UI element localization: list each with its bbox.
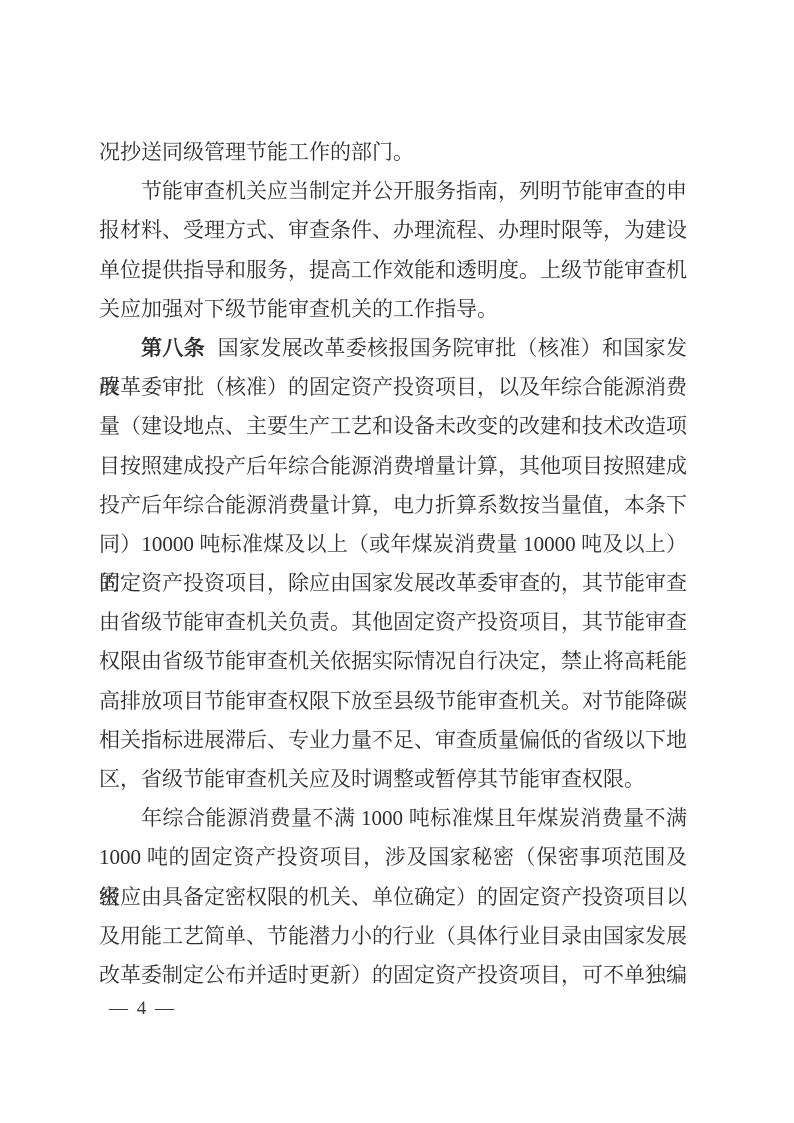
text-line: 关应加强对下级节能审查机关的工作指导。	[99, 290, 687, 329]
text-line: 级应由具备定密权限的机关、单位确定）的固定资产投资项目以	[99, 878, 687, 917]
text-line: 固定资产投资项目，除应由国家发展改革委审查的，其节能审查	[99, 564, 687, 603]
text-line: 由省级节能审查机关负责。其他固定资产投资项目，其节能审查	[99, 603, 687, 642]
text-line: 权限由省级节能审查机关依据实际情况自行决定，禁止将高耗能	[99, 642, 687, 681]
text-line: 投产后年综合能源消费量计算，电力折算系数按当量值，本条下	[99, 486, 687, 525]
article-8-line: 第八条国家发展改革委核报国务院审批（核准）和国家发展	[99, 329, 687, 368]
document-page: 况抄送同级管理节能工作的部门。 节能审查机关应当制定并公开服务指南，列明节能审查…	[0, 0, 794, 1123]
text-line: 相关指标进展滞后、专业力量不足、审查质量偏低的省级以下地	[99, 721, 687, 760]
text-line: 高排放项目节能审查权限下放至县级节能审查机关。对节能降碳	[99, 682, 687, 721]
page-footer: — 4 —	[99, 996, 687, 1022]
text-line: 年综合能源消费量不满 1000 吨标准煤且年煤炭消费量不满	[99, 799, 687, 838]
text-line: 改革委审批（核准）的固定资产投资项目，以及年综合能源消费	[99, 368, 687, 407]
text-line: 1000 吨的固定资产投资项目，涉及国家秘密（保密事项范围及密	[99, 838, 687, 877]
text-line: 改革委制定公布并适时更新）的固定资产投资项目，可不单独编	[99, 956, 687, 995]
text-line: 况抄送同级管理节能工作的部门。	[99, 133, 687, 172]
text-line: 单位提供指导和服务，提高工作效能和透明度。上级节能审查机	[99, 251, 687, 290]
text-line: 节能审查机关应当制定并公开服务指南，列明节能审查的申	[99, 172, 687, 211]
article-number-label: 第八条	[141, 337, 205, 360]
text-line: 及用能工艺简单、节能潜力小的行业（具体行业目录由国家发展	[99, 917, 687, 956]
text-line: 同）10000 吨标准煤及以上（或年煤炭消费量 10000 吨及以上）的	[99, 525, 687, 564]
document-body: 况抄送同级管理节能工作的部门。 节能审查机关应当制定并公开服务指南，列明节能审查…	[99, 133, 687, 995]
text-line: 报材料、受理方式、审查条件、办理流程、办理时限等，为建设	[99, 211, 687, 250]
text-line: 目按照建成投产后年综合能源消费增量计算，其他项目按照建成	[99, 447, 687, 486]
text-line: 区，省级节能审查机关应及时调整或暂停其节能审查权限。	[99, 760, 687, 799]
text-line: 量（建设地点、主要生产工艺和设备未改变的改建和技术改造项	[99, 407, 687, 446]
page-number: — 4 —	[99, 998, 176, 1019]
